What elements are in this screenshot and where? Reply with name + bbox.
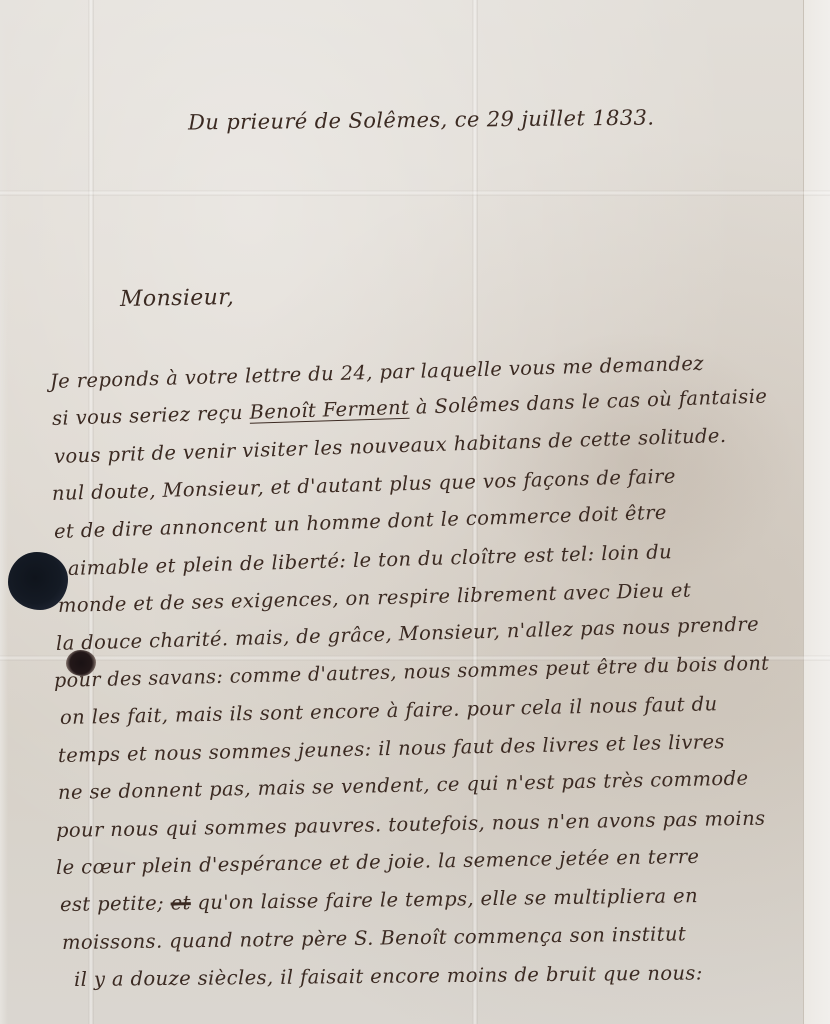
body-line: ne se donnent pas, mais se vendent, ce q…	[58, 767, 749, 804]
body-line-with-struck-word: est petite; et qu'on laisse faire le tem…	[60, 884, 698, 916]
letter-salutation: Monsieur,	[120, 285, 235, 312]
horizontal-fold-top	[0, 190, 830, 196]
body-line: la douce charité. mais, de grâce, Monsie…	[56, 612, 760, 655]
letter-page: Du prieuré de Solêmes, ce 29 juillet 183…	[0, 0, 830, 1024]
body-line: le cœur plein d'espérance et de joie. la…	[56, 845, 700, 879]
underlined-name: Benoît Ferment	[249, 396, 409, 424]
body-line: monde et de ses exigences, on respire li…	[58, 579, 692, 617]
body-line: on les fait, mais ils sont encore à fair…	[60, 692, 718, 729]
sheet-left-edge	[0, 0, 8, 1024]
body-line: il y a douze siècles, il faisait encore …	[74, 961, 703, 991]
struck-word: et	[170, 891, 191, 914]
body-line: temps et nous sommes jeunes: il nous fau…	[58, 730, 725, 767]
body-line: pour nous qui sommes pauvres. toutefois,…	[56, 807, 766, 842]
body-line: moissons. quand notre père S. Benoît com…	[62, 922, 686, 954]
letter-dateline: Du prieuré de Solêmes, ce 29 juillet 183…	[188, 106, 655, 135]
sheet-right-edge	[803, 0, 830, 1024]
